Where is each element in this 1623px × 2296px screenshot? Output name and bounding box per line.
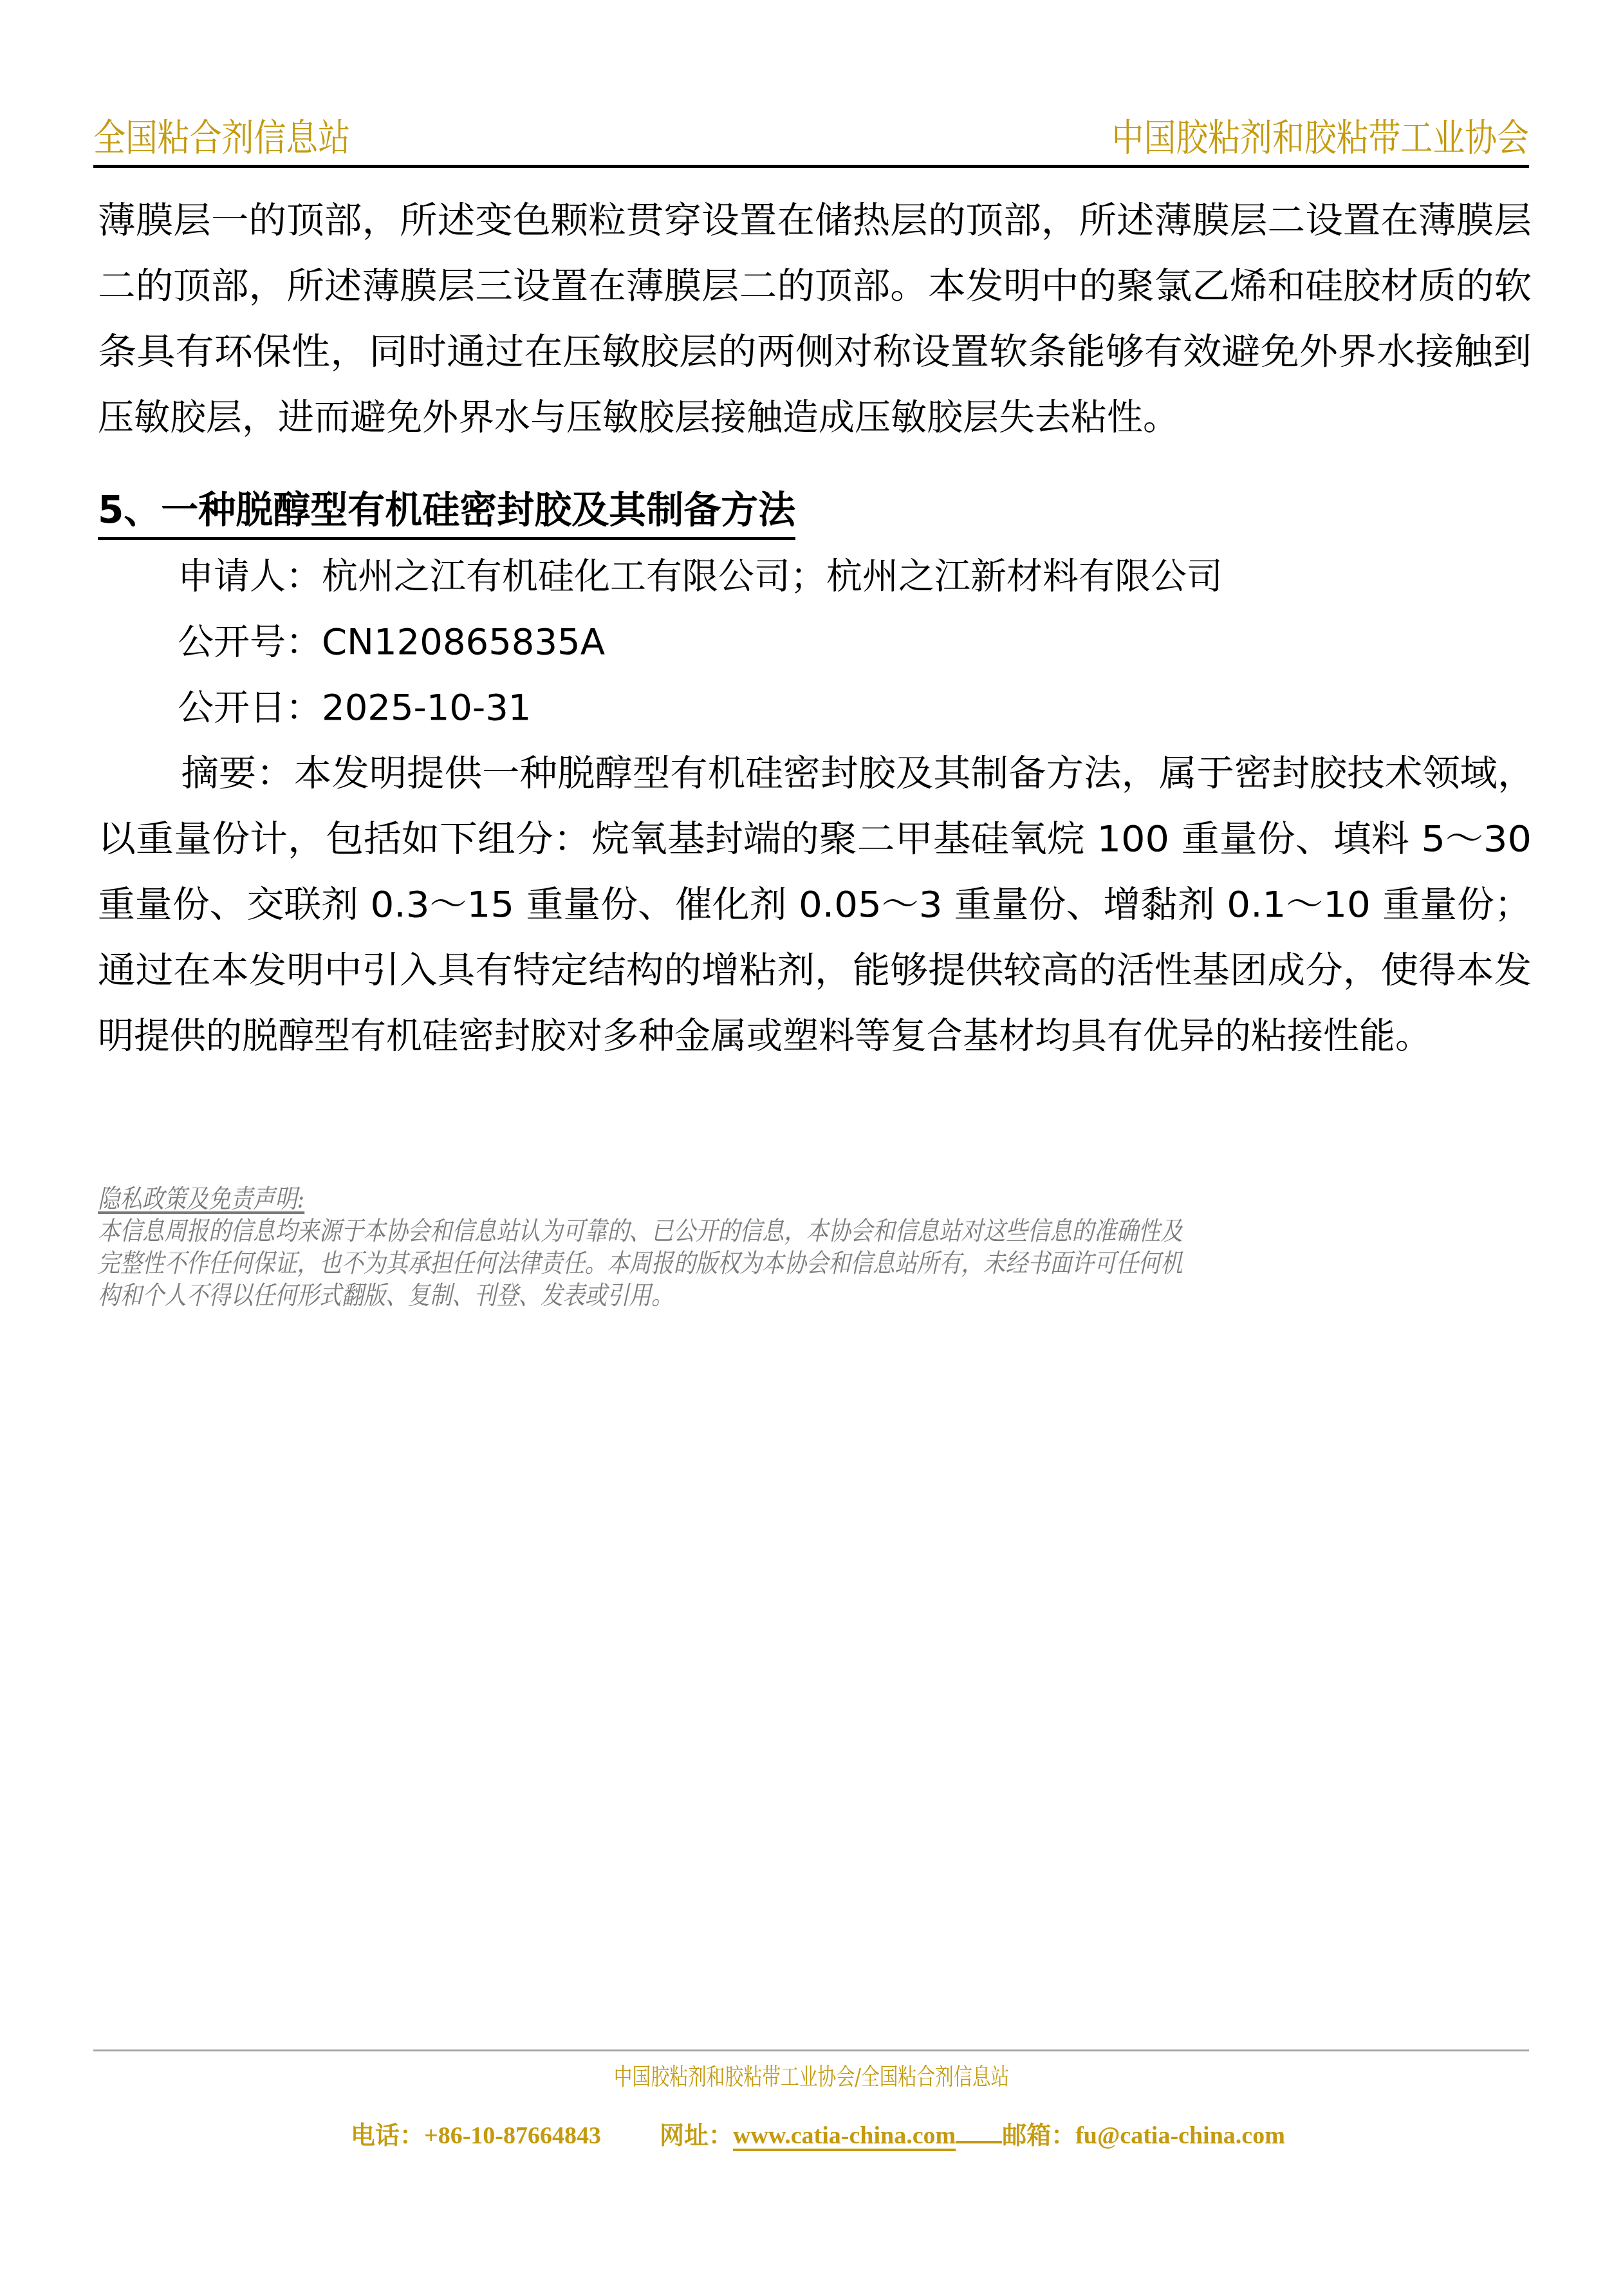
disclaimer-line: 本信息周报的信息均来源于本协会和信息站认为可靠的、已公开的信息，本协会和信息站对… xyxy=(98,1215,1331,1247)
paragraph-line: 薄膜层一的顶部，所述变色颗粒贯穿设置在储热层的顶部，所述薄膜层二设置在薄膜层 xyxy=(98,188,1599,254)
continuation-paragraph: 薄膜层一的顶部，所述变色颗粒贯穿设置在储热层的顶部，所述薄膜层二设置在薄膜层 二… xyxy=(98,188,1532,451)
publication-number-row: 公开号：CN120865835A xyxy=(98,610,1532,675)
publication-number-value: CN120865835A xyxy=(322,621,605,663)
footer-contact: 电话：+86-10-87664843 网址：www.catia-china.co… xyxy=(351,2113,1285,2155)
header-site-title: 全国粘合剂信息站 xyxy=(93,115,350,161)
email-label: 邮箱： xyxy=(1002,2116,1075,2155)
publication-date-row: 公开日：2025-10-31 xyxy=(98,675,1532,741)
publication-date-value: 2025-10-31 xyxy=(322,687,531,729)
website-link-underline xyxy=(956,2113,1002,2143)
header-association-title: 中国胶粘剂和胶粘带工业协会 xyxy=(1112,115,1529,161)
page-header: 全国粘合剂信息站 中国胶粘剂和胶粘带工业协会 xyxy=(93,115,1529,167)
website-link[interactable]: www.catia-china.com xyxy=(733,2116,956,2155)
disclaimer-line: 构和个人不得以任何形式翻版、复制、刊登、发表或引用。 xyxy=(98,1280,1331,1312)
header-divider xyxy=(93,165,1529,168)
abstract-line: 摘要：本发明提供一种脱醇型有机硅密封胶及其制备方法，属于密封胶技术领域， xyxy=(98,741,1594,807)
disclaimer-line: 完整性不作任何保证，也不为其承担任何法律责任。本周报的版权为本协会和信息站所有，… xyxy=(98,1247,1331,1280)
paragraph-line: 条具有环保性，同时通过在压敏胶层的两侧对称设置软条能够有效避免外界水接触到 xyxy=(98,319,1623,385)
abstract-line: 以重量份计，包括如下组分：烷氧基封端的聚二甲基硅氧烷 100 重量份、填料 5～… xyxy=(98,807,1608,872)
patent-heading: 5、一种脱醇型有机硅密封胶及其制备方法 xyxy=(98,484,795,540)
disclaimer: 隐私政策及免责声明: 本信息周报的信息均来源于本协会和信息站认为可靠的、已公开的… xyxy=(98,1183,1532,1312)
publication-number-label: 公开号： xyxy=(178,621,322,663)
phone-value: +86-10-87664843 xyxy=(424,2116,601,2155)
email-value[interactable]: fu@catia-china.com xyxy=(1075,2116,1285,2155)
applicant-label: 申请人： xyxy=(178,555,322,597)
patent-meta: 申请人：杭州之江有机硅化工有限公司；杭州之江新材料有限公司 公开号：CN1208… xyxy=(98,544,1532,741)
abstract-line: 明提供的脱醇型有机硅密封胶对多种金属或塑料等复合基材均具有优异的粘接性能。 xyxy=(98,1003,1532,1069)
abstract-line: 重量份、交联剂 0.3～15 重量份、催化剂 0.05～3 重量份、增黏剂 0.… xyxy=(98,872,1579,938)
abstract-line: 通过在本发明中引入具有特定结构的增粘剂，能够提供较高的活性基团成分，使得本发 xyxy=(98,938,1599,1003)
footer-divider xyxy=(93,2049,1529,2051)
phone-label: 电话： xyxy=(351,2116,424,2155)
publication-date-label: 公开日： xyxy=(178,687,322,729)
applicant-row: 申请人：杭州之江有机硅化工有限公司；杭州之江新材料有限公司 xyxy=(98,544,1532,610)
website-label: 网址： xyxy=(660,2116,733,2155)
paragraph-line: 压敏胶层，进而避免外界水与压敏胶层接触造成压敏胶层失去粘性。 xyxy=(98,385,1532,451)
disclaimer-title: 隐私政策及免责声明: xyxy=(98,1183,304,1215)
footer-organization-text: 中国胶粘剂和胶粘带工业协会/全国粘合剂信息站 xyxy=(614,2060,1010,2096)
patent-abstract: 摘要：本发明提供一种脱醇型有机硅密封胶及其制备方法，属于密封胶技术领域， 以重量… xyxy=(98,741,1532,1069)
footer-organization: 中国胶粘剂和胶粘带工业协会/全国粘合剂信息站 xyxy=(0,2060,1623,2096)
applicant-value: 杭州之江有机硅化工有限公司；杭州之江新材料有限公司 xyxy=(322,555,1223,597)
paragraph-line: 二的顶部，所述薄膜层三设置在薄膜层二的顶部。本发明中的聚氯乙烯和硅胶材质的软 xyxy=(98,254,1599,319)
